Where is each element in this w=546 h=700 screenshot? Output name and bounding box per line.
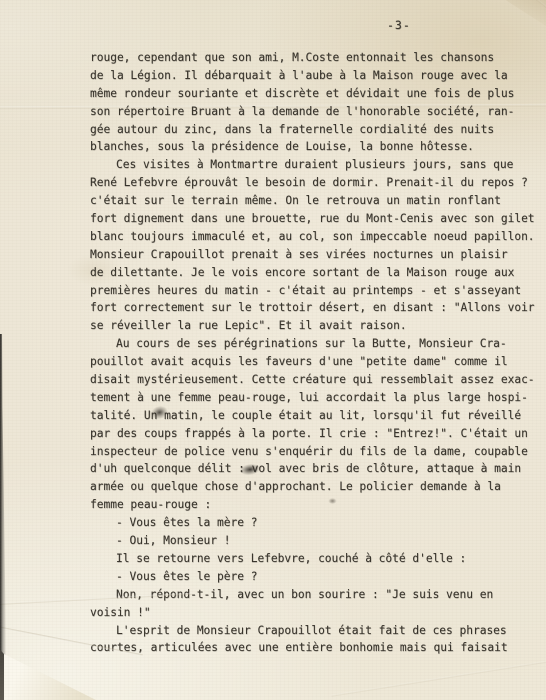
text-line: voisin !" <box>90 604 535 622</box>
text-line: blanc toujours immaculé et, au col, son … <box>90 228 535 246</box>
crease <box>331 657 546 697</box>
text-line: de la Légion. Il débarquait à l'aube à l… <box>90 67 535 85</box>
text-line: courtes, articulées avec une entière bon… <box>90 639 535 657</box>
text-line: tement à une femme peau-rouge, lui accor… <box>90 389 535 407</box>
text-line: disait mystérieusement. Cette créature q… <box>90 371 535 389</box>
text-line: femme peau-rouge : <box>90 496 535 514</box>
text-line: - Oui, Monsieur ! <box>90 532 535 550</box>
text-line: - Vous êtes la mère ? <box>90 514 535 532</box>
text-line: René Lefebvre éprouvât le besoin de dorm… <box>90 174 535 192</box>
corner-shadow <box>0 644 46 700</box>
scan-edge-shadow <box>0 334 6 700</box>
text-line: Monsieur Crapouillot prenait à ses virée… <box>90 246 535 264</box>
corner-fold-shading <box>500 0 546 26</box>
text-line: blanches, sous la présidence de Louise, … <box>90 138 535 156</box>
text-line: fort correctement sur le trottoir désert… <box>90 299 535 317</box>
text-line: L'esprit de Monsieur Crapouillot était f… <box>90 622 535 640</box>
folded-corner <box>4 654 96 700</box>
text-line: Ces visites à Montmartre duraient plusie… <box>90 156 535 174</box>
text-line: par des coups frappés à la porte. Il cri… <box>90 425 535 443</box>
text-line: premières heures du matin - c'était au p… <box>90 282 535 300</box>
scanned-typewritten-page: -3- rouge, cependant que son ami, M.Cost… <box>0 0 546 700</box>
text-line: Au cours de ses pérégrinations sur la Bu… <box>90 335 535 353</box>
body-text: rouge, cependant que son ami, M.Coste en… <box>90 49 535 657</box>
text-line: Non, répond-t-il, avec un bon sourire : … <box>90 586 535 604</box>
text-line: pouillot avait acquis les faveurs d'une … <box>90 353 535 371</box>
text-line: - Vous êtes le père ? <box>90 568 535 586</box>
text-line: Il se retourne vers Lefebvre, couché à c… <box>90 550 535 568</box>
crease <box>495 0 546 23</box>
text-line: fort dignement dans une brouette, rue du… <box>90 210 535 228</box>
text-line: c'était sur le terrain même. On le retro… <box>90 192 535 210</box>
text-line: son répertoire Bruant à la demande de l'… <box>90 103 535 121</box>
text-line: de dilettante. Je le vois encore sortant… <box>90 264 535 282</box>
text-line: se réveiller la rue Lepic". Et il avait … <box>90 317 535 335</box>
text-line: gée autour du zinc, dans la fraternelle … <box>90 121 535 139</box>
text-line: rouge, cependant que son ami, M.Coste en… <box>90 49 535 67</box>
text-line: inspecteur de police venu s'enquérir du … <box>90 443 535 461</box>
text-line: armée ou quelque chose d'approchant. Le … <box>90 478 535 496</box>
text-line: même rondeur souriante et discrète et dé… <box>90 85 535 103</box>
page-number: -3- <box>387 18 411 32</box>
text-line: d'uh quelconque délit : vol avec bris de… <box>90 460 535 478</box>
text-line: talité. Un matin, le couple était au lit… <box>90 407 535 425</box>
